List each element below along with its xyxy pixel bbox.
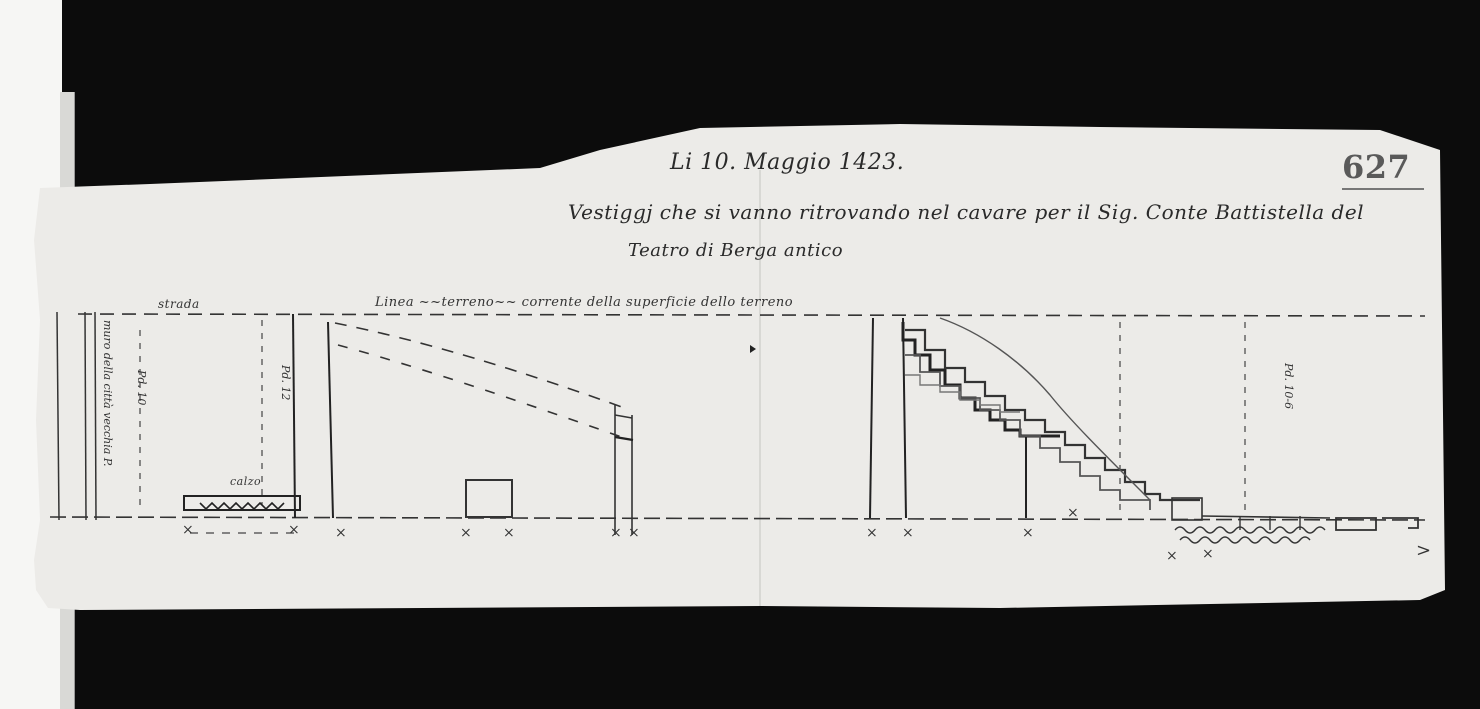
title-line-2: Teatro di Berga antico <box>628 240 843 261</box>
label-right-measure: Pd. 10-6 <box>1282 363 1295 409</box>
cross-marker: × <box>460 525 472 541</box>
label-calzo: calzo <box>230 475 261 488</box>
cross-marker: × <box>1067 505 1079 521</box>
title-line-1: Vestiggj che si vanno ritrovando nel cav… <box>568 200 1364 224</box>
label-reference-line: Linea ~~terreno~~ corrente della superfi… <box>375 295 793 310</box>
label-left-measure: Pd. 10 <box>135 370 148 405</box>
cross-marker: × <box>610 525 622 541</box>
cross-marker: × <box>628 525 640 541</box>
label-strada: strada <box>158 297 200 311</box>
cross-marker: × <box>1022 525 1034 541</box>
cross-marker: × <box>288 522 300 538</box>
cross-marker: × <box>1202 546 1214 562</box>
label-margin-wall: muro della città vecchia P. <box>101 320 114 466</box>
manuscript-sheet: × × × × × × × × × × × × × > Li 10. Maggi… <box>30 0 1460 709</box>
cross-marker: × <box>866 525 878 541</box>
cross-marker: × <box>335 525 347 541</box>
sketch-drawing <box>30 0 1460 709</box>
date-line: Li 10. Maggio 1423. <box>670 150 904 175</box>
cross-marker: × <box>503 525 515 541</box>
folio-number: 627 <box>1342 148 1424 190</box>
label-mid-measure: Pd. 12 <box>279 365 292 400</box>
cross-marker: × <box>1166 548 1178 564</box>
cross-marker: × <box>182 522 194 538</box>
arrow-marker: > <box>1416 540 1432 561</box>
cross-marker: × <box>902 525 914 541</box>
